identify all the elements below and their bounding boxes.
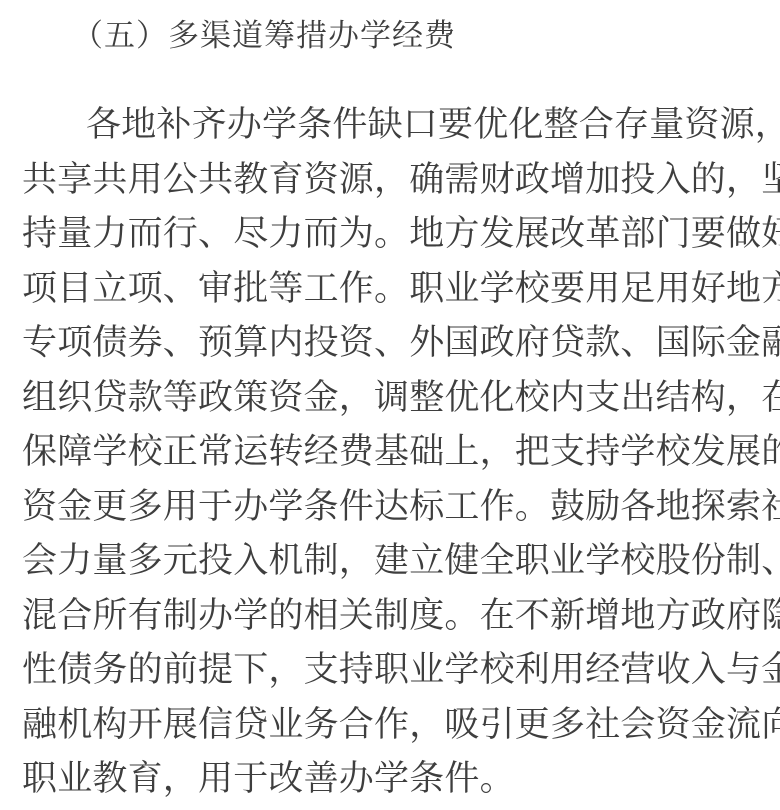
paragraph-line: 共享共用公共教育资源，确需财政增加投入的，坚 [22, 153, 742, 208]
paragraph-line: 持量力而行、尽力而为。地方发展改革部门要做好 [22, 207, 742, 262]
paragraph-line: 保障学校正常运转经费基础上，把支持学校发展的 [22, 425, 742, 480]
paragraph-line: 会力量多元投入机制，建立健全职业学校股份制、 [22, 534, 742, 589]
section-heading: （五）多渠道筹措办学经费 [72, 14, 456, 58]
paragraph-line: 项目立项、审批等工作。职业学校要用足用好地方 [22, 262, 742, 317]
paragraph-line: 各地补齐办学条件缺口要优化整合存量资源， [22, 98, 742, 153]
paragraph-line: 组织贷款等政策资金，调整优化校内支出结构，在 [22, 371, 742, 426]
paragraph-line: 融机构开展信贷业务合作，吸引更多社会资金流向 [22, 698, 742, 753]
paragraph-line: 职业教育，用于改善办学条件。 [22, 752, 742, 807]
paragraph-line: 混合所有制办学的相关制度。在不新增地方政府隐 [22, 589, 742, 644]
article-section: （五）多渠道筹措办学经费 各地补齐办学条件缺口要优化整合存量资源， 共享共用公共… [0, 0, 780, 810]
body-paragraph: 各地补齐办学条件缺口要优化整合存量资源， 共享共用公共教育资源，确需财政增加投入… [22, 98, 742, 807]
paragraph-line: 性债务的前提下，支持职业学校利用经营收入与金 [22, 643, 742, 698]
paragraph-line: 专项债券、预算内投资、外国政府贷款、国际金融 [22, 316, 742, 371]
paragraph-line: 资金更多用于办学条件达标工作。鼓励各地探索社 [22, 480, 742, 535]
